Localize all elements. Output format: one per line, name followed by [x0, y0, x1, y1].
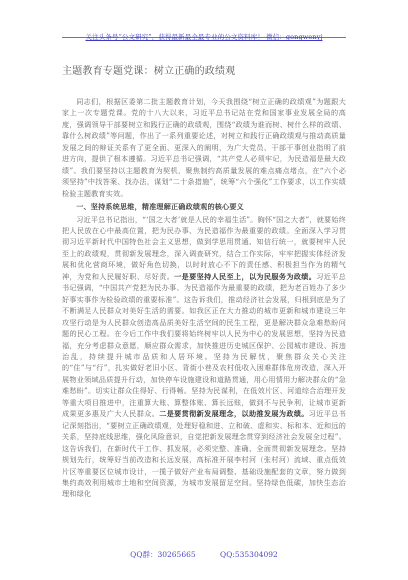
paragraph-text: 习近平总书记深刻指出，“要树立正确政绩观，处理好稳和进、立和破、虚和实、标和本、… — [62, 409, 346, 498]
bold-point-1: 一是要坚持人民至上，以为民服务为政绩。 — [174, 272, 316, 281]
document-body: 同志们，根据区委第二批主题教育计划，今天我围绕“树立正确的政绩观”为题跟大家上一… — [62, 96, 346, 500]
intro-paragraph: 同志们，根据区委第二批主题教育计划，今天我围绕“树立正确的政绩观”为题跟大家上一… — [62, 96, 346, 199]
paragraph-text: 习近平总书记强调，“中国共产党把为民办事、为民造福作为最重要的政绩，把为老百姓办… — [62, 272, 346, 418]
qq-text: QQ:535304092 — [220, 550, 278, 559]
body-paragraph: 习近平总书记指出，“‘国之大者’就是人民的幸福生活”。胸怀“国之大者”，就要始终… — [62, 214, 346, 500]
page-header: 关注头条号“公文研究”，获得最新最全最专业的公文资料库！ 微信：gongweny… — [62, 24, 346, 38]
qq-group-text: QQ群：30265665 — [130, 550, 195, 559]
header-banner-link[interactable]: 关注头条号“公文研究”，获得最新最全最专业的公文资料库！ 微信：gongweny… — [85, 33, 322, 41]
section-heading: 一、坚持系统思维，精准理解正确政绩观的核心要义 — [62, 201, 346, 212]
bold-point-2: 二是要贯彻新发展理念，以助推发展为政绩。 — [159, 409, 309, 418]
document-title: 主题教育专题党课：树立正确的政绩观 — [62, 62, 235, 77]
page-footer: QQ群：30265665 QQ:535304092 — [0, 549, 408, 560]
